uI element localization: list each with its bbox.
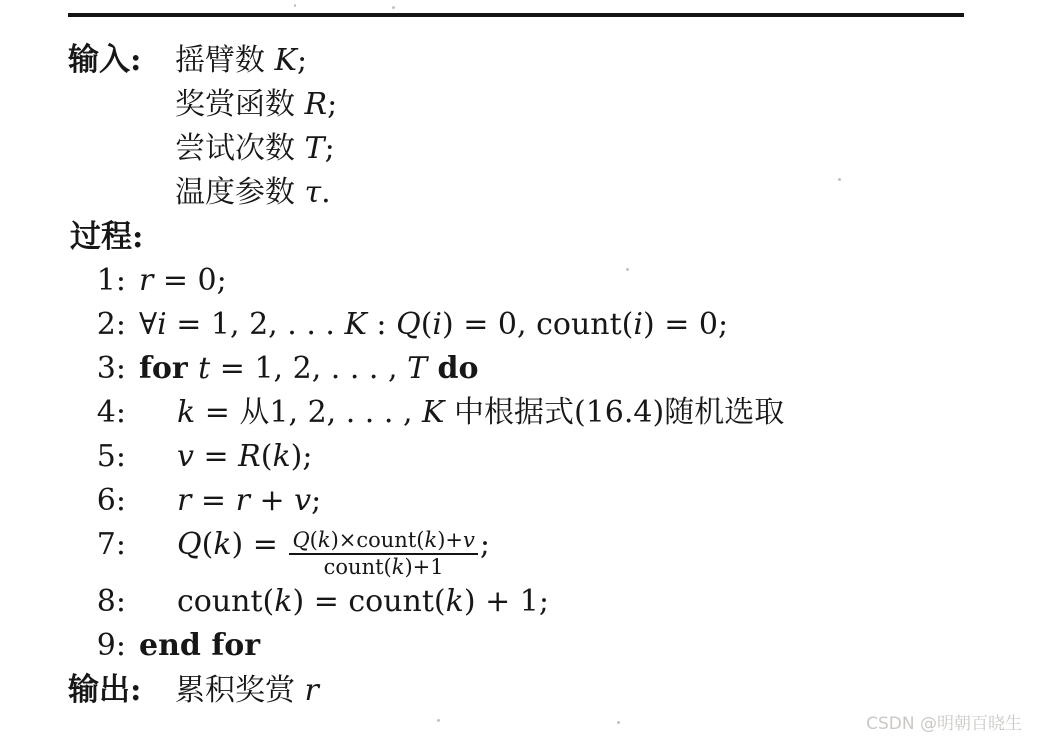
text-run: 从 [239,395,269,430]
input-item-4: 温度参数 τ. [175,171,331,215]
text-run: r [305,673,319,708]
text-run: K [275,43,297,78]
text-run: r [139,263,153,298]
text-run: do [427,351,478,386]
step-expression: r = 0; [139,259,227,303]
text-run: v [177,439,194,474]
process-label: 过程: [0,215,1051,259]
text-run: = [194,439,238,474]
text-run: ( [261,439,273,474]
text-run: K [422,395,444,430]
csdn-watermark: CSDN @明朝百晓生 [866,709,1022,734]
step-number: 2: [94,303,126,347]
step-expression: count(k) = count(k) + 1; [177,580,549,624]
algorithm-step-5: 5: v = R(k); [0,435,1051,479]
scan-noise-dot [392,6,395,9]
text-run: ( [421,307,433,342]
text-run: r [236,483,250,518]
step-number: 7: [94,523,126,567]
text-run: t [198,351,210,386]
text-run: Q [292,528,309,552]
text-run: = [191,483,235,518]
input-line-3: 尝试次数 T; [0,127,1051,171]
text-run: for [139,351,198,386]
step-expression: for t = 1, 2, . . . , T do [139,347,479,391]
text-run: τ [305,175,322,210]
text-run: k [318,528,331,552]
scan-noise-dot [437,719,440,722]
text-run: T [305,131,325,166]
text-run: ∀ [139,307,157,342]
text-run: ; [297,43,307,78]
step-number: 3: [94,347,126,391]
text-run: 尝试次数 [175,131,305,166]
input-line-2: 奖赏函数 R; [0,83,1051,127]
fraction-numerator: Q(k)×count(k)+v [289,528,477,553]
text-run: k [272,439,290,474]
text-run: 奖赏函数 [175,87,305,122]
text-run: 累积奖赏 [175,673,305,708]
text-run: i [633,307,643,342]
output-label: 输出: [68,668,175,712]
step-number: 4: [94,391,126,435]
text-run: r [177,483,191,518]
text-run: 1, 2, . . . , [269,395,422,430]
input-item-3: 尝试次数 T; [175,127,335,171]
text-run: k [274,584,292,619]
text-run: k [446,584,464,619]
text-run: k [177,395,195,430]
text-run: v [463,528,475,552]
text-run: ) = 0; [643,307,728,342]
text-run: k [213,527,231,562]
text-run: = [195,395,239,430]
text-run: = 1, 2, . . . [167,307,345,342]
input-line-1: 输入: 摇臂数 K; [0,38,1051,83]
algorithm-step-6: 6: r = r + v; [0,479,1051,523]
text-run: . [321,175,331,210]
top-rule-divider [68,13,964,17]
text-run: : [367,307,396,342]
text-run: k [392,555,405,579]
text-run: end for [139,628,260,663]
algorithm-step-8: 8: count(k) = count(k) + 1; [0,580,1051,624]
text-run: ); [291,439,313,474]
step-expression: ∀i = 1, 2, . . . K : Q(i) = 0, count(i) … [139,303,728,347]
text-run: ; [480,527,490,562]
input-label: 输入: [68,38,175,82]
output-value: 累积奖赏 r [175,669,319,713]
text-run: )+ [437,528,463,552]
text-run: ) = [232,527,288,562]
text-run: ; [327,87,337,122]
text-run: 温度参数 [175,175,305,210]
text-run: + [250,483,294,518]
text-run: 摇臂数 [175,43,275,78]
scan-noise-dot [626,268,629,271]
text-run: i [432,307,442,342]
scan-noise-dot [838,178,841,181]
algorithm-step-3: 3: for t = 1, 2, . . . , T do [0,347,1051,391]
step-expression: v = R(k); [177,435,312,479]
text-run: = 1, 2, . . . , [210,351,407,386]
text-run: Q [177,527,202,562]
input-item-2: 奖赏函数 R; [175,83,337,127]
text-run: T [407,351,427,386]
text-run: Q [396,307,421,342]
step-number: 5: [94,435,126,479]
algorithm-step-9: 9: end for [0,624,1051,668]
text-run: ) + 1; [464,584,549,619]
text-run: R [238,439,261,474]
step-expression: r = r + v; [177,479,321,523]
algorithm-step-4: 4: k = 从1, 2, . . . , K 中根据式(16.4)随机选取 [0,391,1051,435]
text-run: i [157,307,167,342]
algorithm-step-2: 2: ∀i = 1, 2, . . . K : Q(i) = 0, count(… [0,303,1051,347]
algorithm-step-1: 1: r = 0; [0,259,1051,303]
algorithm-box: 输入: 摇臂数 K; 奖赏函数 R; 尝试次数 T; 温度参数 τ. 过程: 1… [0,38,1051,713]
fraction-denominator: count(k)+1 [289,553,477,580]
text-run: ( [202,527,214,562]
scanned-algorithm-page: { "algorithm": { "input_label": "输入:", "… [0,0,1051,743]
algorithm-step-7: 7: Q(k) = Q(k)×count(k)+vcount(k)+1; [0,523,1051,580]
text-run: 中根据式 [444,395,574,430]
text-run: ) = count( [292,584,445,619]
text-run: )+1 [404,555,443,579]
step-expression: Q(k) = Q(k)×count(k)+vcount(k)+1; [177,523,490,580]
text-run: 随机选取 [664,395,784,430]
output-line: 输出: 累积奖赏 r [0,668,1051,713]
text-run: (16.4) [574,395,664,430]
text-run: = 0; [153,263,226,298]
text-run: k [424,528,437,552]
input-line-4: 温度参数 τ. [0,171,1051,215]
text-run: R [305,87,328,122]
text-run: count( [177,584,274,619]
scan-noise-dot [294,4,296,7]
text-run: ( [310,528,318,552]
text-run: v [294,483,311,518]
scan-noise-dot [617,721,620,724]
input-item-1: 摇臂数 K; [175,39,307,83]
text-run: ; [311,483,321,518]
step-number: 6: [94,479,126,523]
text-run: ; [325,131,335,166]
text-run: ) = 0, count( [442,307,633,342]
step-expression: k = 从1, 2, . . . , K 中根据式(16.4)随机选取 [177,391,784,435]
text-run: )×count( [331,528,425,552]
fraction: Q(k)×count(k)+vcount(k)+1 [289,528,477,580]
step-number: 9: [94,624,126,668]
text-run: K [344,307,366,342]
step-number: 8: [94,580,126,624]
step-expression: end for [139,624,260,668]
text-run: count( [324,555,392,579]
step-number: 1: [94,259,126,303]
